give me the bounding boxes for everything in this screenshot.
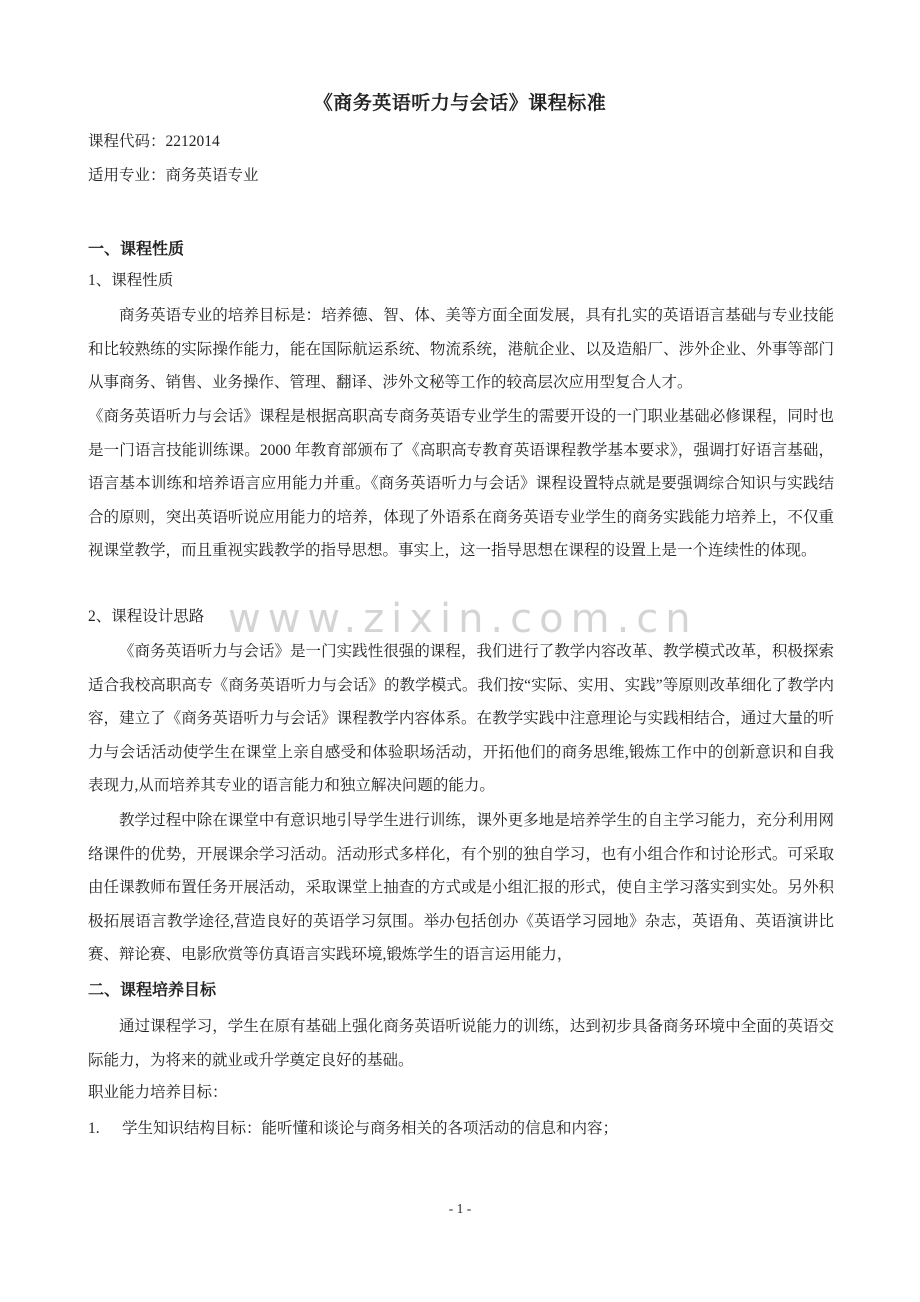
section-2-heading: 二、课程培养目标 (88, 975, 834, 1005)
applicable-major-line: 适用专业：商务英语专业 (88, 161, 834, 191)
section-1-subheading-1: 1、课程性质 (88, 266, 834, 296)
section-1-heading: 一、课程性质 (88, 234, 834, 264)
section-1-paragraph-3: 《商务英语听力与会话》是一门实践性很强的课程，我们进行了教学内容改革、教学模式改… (88, 635, 834, 803)
document-page: www.zixin.com.cn 《商务英语听力与会话》课程标准 课程代码：22… (0, 0, 920, 1302)
document-title: 《商务英语听力与会话》课程标准 (0, 88, 920, 118)
goal-list-item-1: 1. 学生知识结构目标：能听懂和谈论与商务相关的各项活动的信息和内容； (88, 1112, 834, 1146)
section-1-paragraph-4: 教学过程中除在课堂中有意识地引导学生进行训练，课外更多地是培养学生的自主学习能力… (88, 804, 834, 972)
page-number: - 1 - (0, 1196, 920, 1222)
section-2-paragraph-1: 通过课程学习，学生在原有基础上强化商务英语听说能力的训练，达到初步具备商务环境中… (88, 1010, 834, 1077)
section-1-paragraph-2: 《商务英语听力与会话》课程是根据高职高专商务英语专业学生的需要开设的一门职业基础… (88, 400, 834, 568)
goal-item-number: 1. (88, 1112, 122, 1146)
goal-item-text: 学生知识结构目标：能听懂和谈论与商务相关的各项活动的信息和内容； (122, 1112, 834, 1146)
vocational-goals-label: 职业能力培养目标： (88, 1078, 834, 1108)
course-code-line: 课程代码：2212014 (88, 127, 834, 157)
section-1-subheading-2: 2、课程设计思路 (88, 602, 834, 632)
section-1-paragraph-1: 商务英语专业的培养目标是：培养德、智、体、美等方面全面发展，具有扎实的英语语言基… (88, 299, 834, 400)
